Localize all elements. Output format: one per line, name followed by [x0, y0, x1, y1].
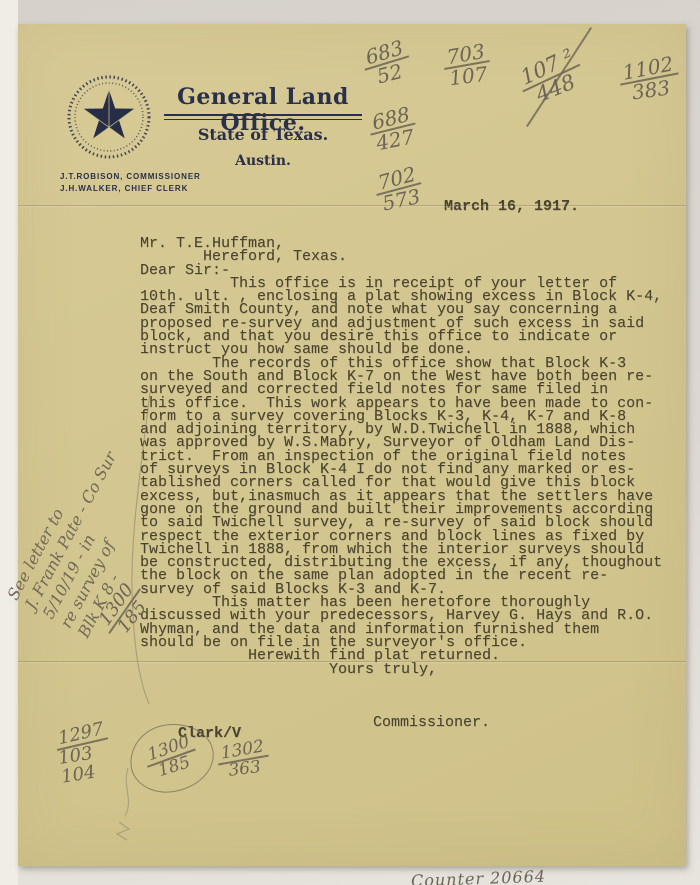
- stack-bot: 104: [60, 762, 97, 788]
- filing-fraction-5: 1102 383: [617, 54, 681, 105]
- letterhead-state-line: State of Texas.: [143, 125, 383, 144]
- official-chief-clerk-line: J.H.WALKER, CHIEF CLERK: [60, 184, 188, 193]
- filing-fraction-4: 702 573: [372, 164, 426, 215]
- letterhead-double-rule: [164, 114, 362, 120]
- filing-fraction-struck: 107 ² 448: [514, 46, 589, 111]
- circled-fraction: 1300 185: [142, 733, 202, 783]
- fold-crease-top: [18, 205, 686, 206]
- date-line: March 16, 1917.: [444, 198, 579, 215]
- counter-number: Counter 20664: [411, 867, 547, 885]
- texas-star-seal-icon: [64, 72, 154, 162]
- letterhead-city-line: Austin.: [143, 153, 383, 169]
- filing-fraction-1: 683 52: [360, 37, 415, 90]
- filing-fraction-3: 688 427: [366, 104, 420, 155]
- bottom-fraction: 1302 363: [216, 739, 271, 782]
- fold-crease-bottom: [18, 661, 686, 662]
- official-commissioner-line: J.T.ROBISON, COMMISSIONER: [60, 172, 201, 181]
- bottom-number-stack: 1297 103 104: [54, 720, 114, 786]
- letter-body: Mr. T.E.Huffman, Hereford, Texas. Dear S…: [140, 237, 662, 676]
- letter-paper: General Land Office. State of Texas. Aus…: [18, 24, 686, 866]
- signature-title: Commissioner.: [373, 714, 490, 731]
- document-scan: General Land Office. State of Texas. Aus…: [0, 0, 700, 885]
- filing-fraction-2: 703 107: [442, 41, 493, 89]
